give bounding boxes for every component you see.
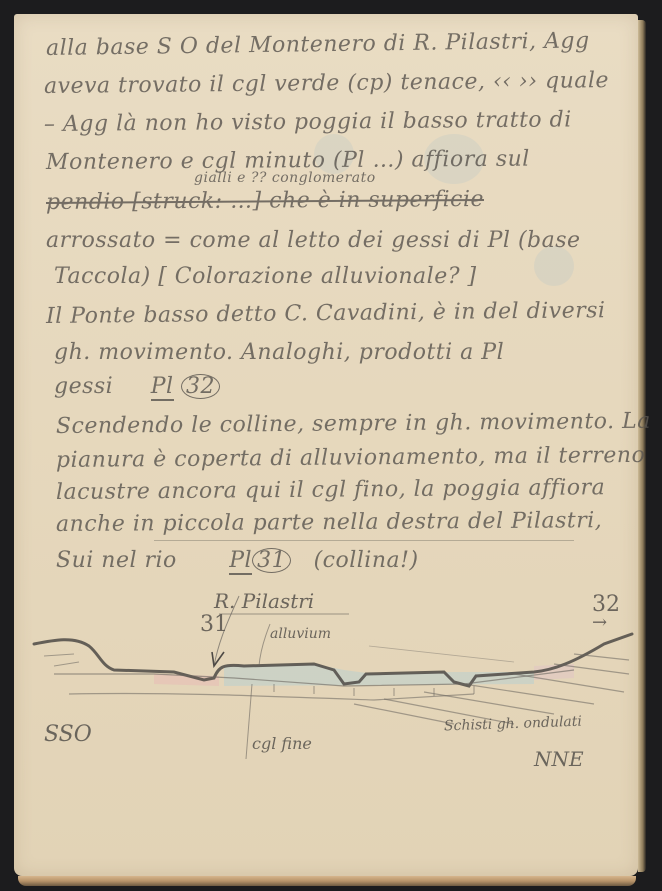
note-line: gh. movimento. Analoghi, prodotti a Pl: [54, 340, 504, 365]
note-line: arrossato = come al letto dei gessi di P…: [46, 228, 581, 253]
marker-31: 31: [200, 612, 228, 637]
plate-number-circled: 32: [181, 374, 220, 399]
note-line-with-tag: Sui nel rio Pl31 (collina!): [56, 548, 419, 573]
cross-section-sketch: [14, 574, 638, 774]
section-divider: [154, 540, 574, 541]
note-line: Il Ponte basso detto C. Cavadini, è in d…: [46, 298, 606, 329]
note-text: (collina!): [314, 548, 419, 573]
cgl-note: cgl fine: [252, 734, 312, 753]
note-line: Scendendo le colline, sempre in gh. movi…: [56, 409, 651, 439]
note-line: pianura è coperta di alluvionamento, ma …: [56, 443, 646, 473]
note-line: anche in piccola parte nella destra del …: [56, 508, 602, 537]
note-line: – Agg là non ho visto poggia il basso tr…: [44, 107, 572, 137]
alluvium-label: alluvium: [270, 626, 331, 642]
page-edge-bottom: [18, 876, 636, 886]
note-line: alla base S O del Montenero di R. Pilast…: [46, 28, 590, 61]
plate-tag-label: Pl: [229, 548, 252, 575]
notebook-page: alla base S O del Montenero di R. Pilast…: [14, 14, 638, 876]
note-line: pendio [struck: …] che è in superficie: [46, 187, 484, 215]
note-line: aveva trovato il cgl verde (cp) tenace, …: [44, 68, 609, 99]
orientation-left-label: SSO: [44, 722, 92, 747]
note-text: gessi: [54, 374, 113, 399]
river-label: R. Pilastri: [214, 589, 314, 613]
orientation-right-label: NNE: [534, 747, 584, 771]
note-line-with-tag: gessi Pl 32: [54, 374, 220, 399]
plate-number-circled: 31: [252, 548, 291, 573]
plate-tag-label: Pl: [151, 374, 174, 401]
note-text: Sui nel rio: [56, 548, 177, 573]
note-line: Taccola) [ Colorazione alluvionale? ]: [54, 264, 477, 289]
arrow-right-icon: →: [592, 612, 607, 633]
note-line: lacustre ancora qui il cgl fino, la pogg…: [56, 475, 605, 505]
note-inline-insert: gialli e ?? conglomerato: [194, 170, 376, 186]
